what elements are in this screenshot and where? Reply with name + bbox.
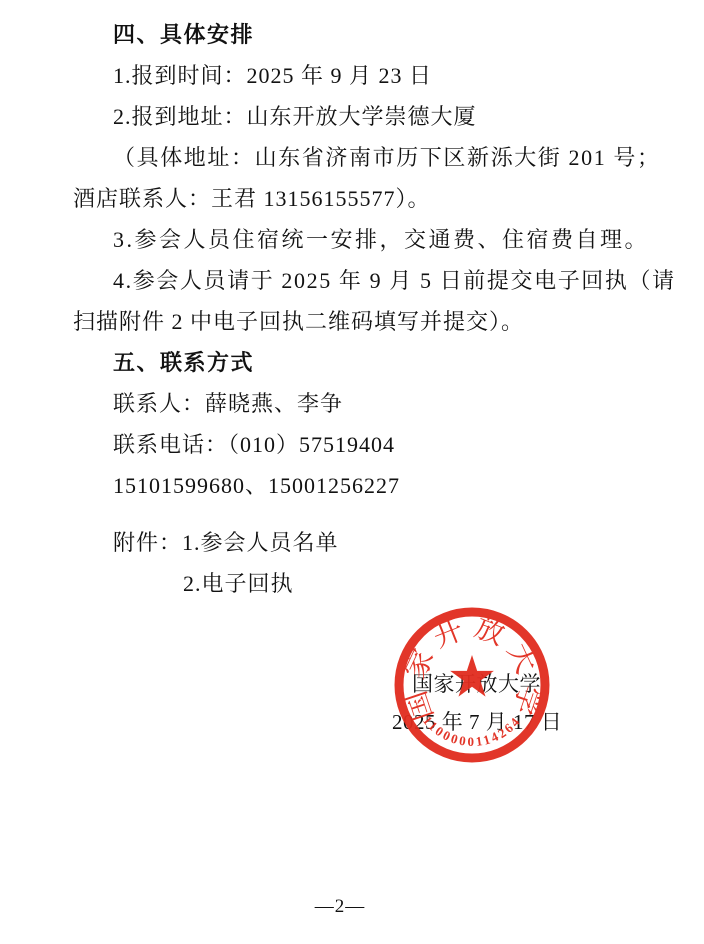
line-checkin-address: 2.报到地址：山东开放大学崇德大厦 [73, 96, 648, 137]
line-contact-phone: 联系电话：（010）57519404 [73, 424, 648, 465]
line-receipt-deadline-cont: 扫描附件 2 中电子回执二维码填写并提交）。 [73, 301, 648, 342]
document-page: 四、具体安排 1.报到时间：2025 年 9 月 23 日 2.报到地址：山东开… [0, 0, 704, 944]
line-address-detail: （具体地址：山东省济南市历下区新泺大街 201 号； [73, 137, 648, 178]
section-heading-arrangements: 四、具体安排 [73, 14, 648, 55]
line-accommodation-note: 3.参会人员住宿统一安排，交通费、住宿费自理。 [73, 219, 648, 260]
line-contact-person: 联系人：薛晓燕、李争 [73, 383, 648, 424]
line-hotel-contact: 酒店联系人：王君 13156155577）。 [73, 178, 648, 219]
official-seal-icon: 国家开放大学 1100000114264 [372, 585, 572, 785]
line-receipt-deadline: 4.参会人员请于 2025 年 9 月 5 日前提交电子回执（请 [73, 260, 648, 301]
line-attachments: 附件：1.参会人员名单 [73, 522, 648, 563]
page-number: —2— [0, 896, 680, 918]
line-contact-phone-cont: 15101599680、15001256227 [73, 465, 648, 506]
line-checkin-time: 1.报到时间：2025 年 9 月 23 日 [73, 55, 648, 96]
section-heading-contact: 五、联系方式 [73, 342, 648, 383]
seal-star-icon [450, 655, 494, 697]
document-body: 四、具体安排 1.报到时间：2025 年 9 月 23 日 2.报到地址：山东开… [73, 14, 648, 604]
